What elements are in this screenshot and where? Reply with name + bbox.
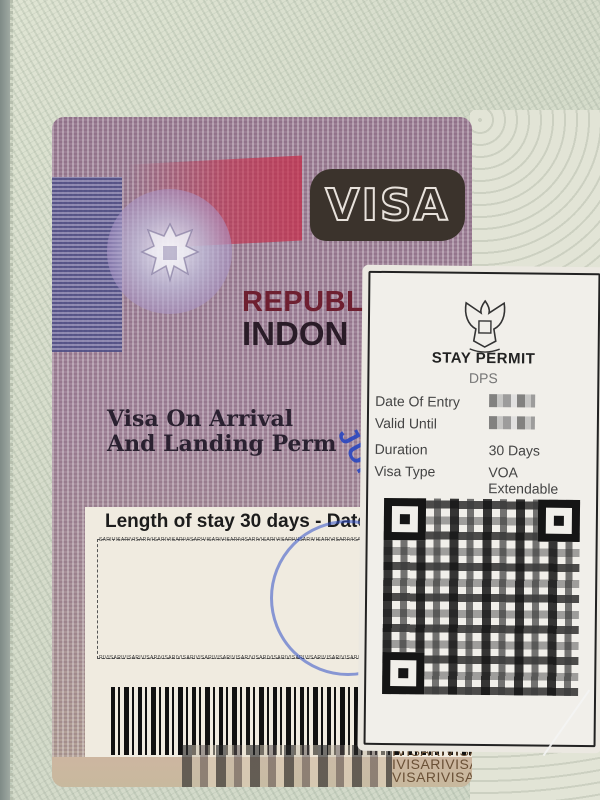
- redacted-value: [489, 416, 535, 429]
- issuer-republic: REPUBLI: [242, 288, 373, 317]
- redacted-value: [489, 394, 535, 407]
- visa-badge: VISA: [310, 169, 465, 241]
- qr-code-redacted: [382, 498, 580, 696]
- garuda-hologram-icon: [107, 189, 232, 314]
- stay-permit-slip: STAY PERMIT DPS Date Of Entry Valid Unti…: [364, 271, 600, 747]
- microprint-tail: IVISARIVISAR IVISARIVISAR VISARIVISAR: [392, 745, 472, 784]
- permit-row-valid-until: Valid Until: [375, 415, 437, 432]
- permit-row-date-of-entry: Date Of Entry: [375, 393, 460, 410]
- visa-title-line1: Visa On Arrival: [107, 407, 336, 432]
- redacted-visa-number: [182, 745, 392, 787]
- garuda-emblem-icon: [450, 294, 521, 357]
- issuer-country: INDON: [242, 317, 348, 350]
- visa-badge-label: VISA: [325, 180, 449, 231]
- permit-row-duration: Duration 30 Days: [375, 441, 428, 458]
- stay-permit-title: STAY PERMIT: [369, 349, 597, 368]
- qr-finder: [538, 500, 580, 542]
- qr-finder: [382, 652, 424, 694]
- qr-finder: [384, 498, 426, 540]
- stay-permit-office: DPS: [369, 369, 597, 387]
- permit-row-visa-type: Visa Type VOA: [374, 463, 435, 480]
- visa-type-title: Visa On Arrival And Landing Perm: [107, 407, 336, 457]
